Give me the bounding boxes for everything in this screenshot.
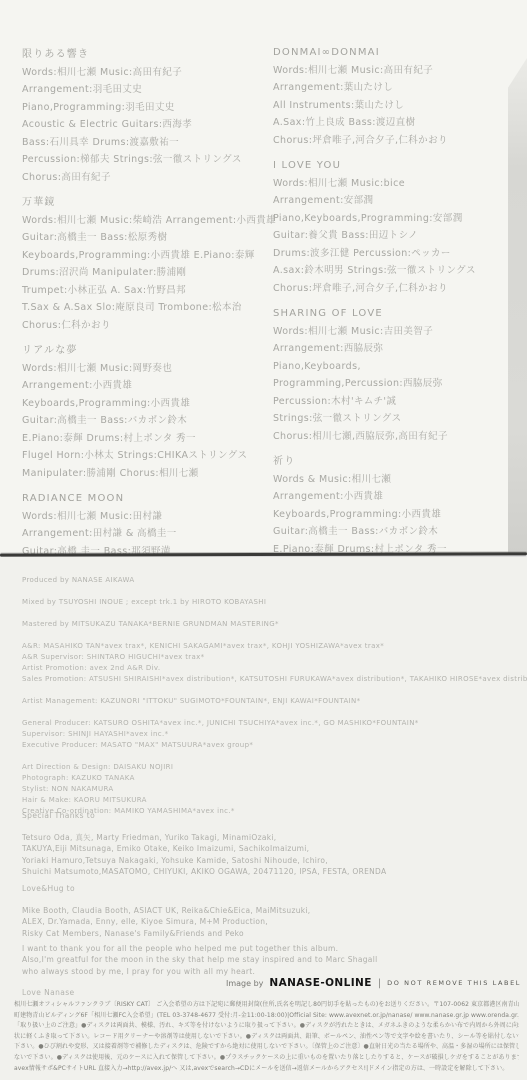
song-credit-line: Words:相川七瀬 Music:高田有紀子 — [273, 62, 523, 80]
artist-message-line: who always stood by me, I pray for you w… — [22, 966, 377, 977]
song-credit-line: Drums:沼沢尚 Manipulater:勝浦剛 — [22, 264, 264, 282]
song-credit-line: Chorus:坪倉唯子,河合夕子,仁科かおり — [273, 132, 523, 150]
song-credit-line: Arrangement:小西貴雄 — [273, 488, 523, 506]
production-credit-line: Mastered by MITSUKAZU TANAKA*BERNIE GRUN… — [22, 619, 527, 630]
song-block: SHARING OF LOVEWords:相川七瀬 Music:吉田美智子Arr… — [273, 305, 523, 445]
song-credit-line: Programming,Percussion:西脇辰弥 — [273, 375, 523, 393]
love-hug-lines: Mike Booth, Claudia Booth, ASIACT UK, Re… — [22, 905, 310, 939]
special-thanks-line: TAKUYA,Eiji Mitsunaga, Emiko Otake, Keik… — [22, 843, 386, 854]
song-title: RADIANCE MOON — [22, 490, 264, 508]
love-hug-line: ALEX, Dr.Yamada, Enny, elle, Kiyoe Simur… — [22, 916, 310, 927]
song-title: 限りある響き — [22, 46, 264, 64]
fine-print-legal-text: 相川七瀬オフィシャルファンクラブ〔RISKY CAT〕 ご入会希望の方は下記宛に… — [14, 1000, 519, 1074]
song-credit-line: All Instruments:葉山たけし — [273, 97, 523, 115]
song-credit-line: Keyboards,Programming:小西貴雄 E.Piano:泰輝 — [22, 247, 264, 265]
special-thanks-lines: Tetsuro Oda, 真矢, Marty Friedman, Yuriko … — [22, 832, 386, 877]
production-credit-line: Artist Promotion: avex 2nd A&R Div. — [22, 663, 527, 674]
watermark-brand-logo: NANASE-ONLINE — [269, 977, 371, 989]
artist-message-line: I want to thank you for all the people w… — [22, 943, 377, 954]
production-credit-line: Produced by NANASE AIKAWA — [22, 575, 527, 586]
credits-column-right: DONMAI∞DONMAIWords:相川七瀬 Music:高田有紀子Arran… — [273, 44, 523, 601]
special-thanks-line: Tetsuro Oda, 真矢, Marty Friedman, Yuriko … — [22, 832, 386, 843]
love-hug-line: Mike Booth, Claudia Booth, ASIACT UK, Re… — [22, 905, 310, 916]
production-credit-line: Executive Producer: MASATO "MAX" MATSUUR… — [22, 740, 527, 751]
production-credit-line: A&R Supervisor: SHINTARO HIGUCHI*avex tr… — [22, 652, 527, 663]
song-credit-line: Words:相川七瀬 Music:岡野奏也 — [22, 360, 264, 378]
artist-message-lines: I want to thank you for all the people w… — [22, 943, 377, 977]
song-credit-line: Strings:弦一徹ストリングス — [273, 410, 523, 428]
song-credits-panel: 限りある響きWords:相川七瀬 Music:高田有紀子Arrangement:… — [0, 0, 527, 553]
artist-message-section: I want to thank you for all the people w… — [22, 943, 377, 977]
song-credit-line: A.sax:鈴木明男 Strings:弦一徹ストリングス — [273, 262, 523, 280]
love-hug-section: Love&Hug to Mike Booth, Claudia Booth, A… — [22, 883, 310, 939]
song-credit-line: Manipulater:勝浦剛 Chorus:相川七瀬 — [22, 465, 264, 483]
song-credit-line: Acoustic & Electric Guitars:西海孝 — [22, 116, 264, 134]
song-credit-line: Percussion:木村'キムチ'誠 — [273, 393, 523, 411]
song-credit-line: Words:相川七瀬 Music:高田有紀子 — [22, 64, 264, 82]
fine-print-line: 下さい。●ひび割れや変形、又は接着剤等で補修したディスクは、危険ですから絶対に使… — [14, 1042, 519, 1053]
production-credit-line: Supervisor: SHINJI HAYASHI*avex inc.* — [22, 729, 527, 740]
song-credit-line: Guitar:高橋圭一 Bass:バカボン鈴木 — [273, 523, 523, 541]
production-group: Mastered by MITSUKAZU TANAKA*BERNIE GRUN… — [22, 619, 527, 630]
fine-print-line: ないで下さい。●ディスクは使用後、元のケースに入れて保管して下さい。●プラスチッ… — [14, 1053, 519, 1064]
song-credit-line: Chorus:仁科かおり — [22, 317, 264, 335]
production-credits: Produced by NANASE AIKAWAMixed by TSUYOS… — [22, 575, 527, 828]
fine-print-line: 町建物青山ビルディング6F「相川七瀬FC入会希望」(TEL 03-3748-46… — [14, 1011, 519, 1022]
production-credit-line: Art Direction & Design: DAISAKU NOJIRI — [22, 762, 527, 773]
song-title: 万華鏡 — [22, 194, 264, 212]
song-block: リアルな夢Words:相川七瀬 Music:岡野奏也Arrangement:小西… — [22, 342, 264, 482]
song-credit-line: Chorus:相川七瀬,西脇辰弥,高田有紀子 — [273, 428, 523, 446]
song-credit-line: Arrangement:西脇辰弥 — [273, 340, 523, 358]
song-credit-line: Words:相川七瀬 Music:bice — [273, 175, 523, 193]
production-credit-line: Mixed by TSUYOSHI INOUE ; except trk.1 b… — [22, 597, 527, 608]
special-thanks-heading: Special Thanks to — [22, 810, 386, 821]
song-credit-line: Words:相川七瀬 Music:田村謙 — [22, 508, 264, 526]
song-credit-line: Piano,Keyboards,Programming:安部潤 — [273, 210, 523, 228]
production-group: General Producer: KATSURO OSHITA*avex in… — [22, 718, 527, 751]
credits-column-left: 限りある響きWords:相川七瀬 Music:高田有紀子Arrangement:… — [22, 46, 264, 603]
special-thanks-line: Yoriaki Hamuro,Tetsuya Nakagaki, Yohsuke… — [22, 855, 386, 866]
song-credit-line: T.Sax & A.Sax Slo:庵原良司 Trombone:松本治 — [22, 299, 264, 317]
production-credit-line: Photograph: KAZUKO TANAKA — [22, 773, 527, 784]
song-title: リアルな夢 — [22, 342, 264, 360]
song-credit-line: Keyboards,Programming:小西貴雄 — [22, 395, 264, 413]
production-group: Mixed by TSUYOSHI INOUE ; except trk.1 b… — [22, 597, 527, 608]
scan-edge-shadow — [508, 58, 527, 553]
song-credit-line: Guitar:養父貴 Bass:田辺トシノ — [273, 227, 523, 245]
song-title: DONMAI∞DONMAI — [273, 44, 523, 62]
love-hug-heading: Love&Hug to — [22, 883, 310, 894]
watermark-label: Image by NANASE-ONLINE | DO NOT REMOVE T… — [226, 977, 521, 989]
song-block: 限りある響きWords:相川七瀬 Music:高田有紀子Arrangement:… — [22, 46, 264, 186]
song-credit-line: Words & Music:相川七瀬 — [273, 471, 523, 489]
song-title: I LOVE YOU — [273, 157, 523, 175]
love-hug-line: Risky Cat Members, Nanase's Family&Frien… — [22, 928, 310, 939]
song-credit-line: Percussion:梯郁夫 Strings:弦一徹ストリングス — [22, 151, 264, 169]
song-block: I LOVE YOUWords:相川七瀬 Music:biceArrangeme… — [273, 157, 523, 297]
fine-print-line: 状に軽くふき取って下さい。レコード用クリーナーや溶剤等は使用しないで下さい。●デ… — [14, 1032, 519, 1043]
artist-message-line: Also,I'm greatful for the moon in the sk… — [22, 954, 377, 965]
song-block: DONMAI∞DONMAIWords:相川七瀬 Music:高田有紀子Arran… — [273, 44, 523, 149]
production-credit-line: A&R: MASAHIKO TAN*avex trax*, KENICHI SA… — [22, 641, 527, 652]
production-credit-line: Sales Promotion: ATSUSHI SHIRAISHI*avex … — [22, 674, 527, 685]
watermark-prefix: Image by — [226, 979, 263, 988]
production-group: Produced by NANASE AIKAWA — [22, 575, 527, 586]
song-credit-line: Words:相川七瀬 Music:柴崎浩 Arrangement:小西貴雄 — [22, 212, 264, 230]
production-group: A&R: MASAHIKO TAN*avex trax*, KENICHI SA… — [22, 641, 527, 685]
song-credit-line: Arrangement:小西貴雄 — [22, 377, 264, 395]
song-credit-line: Drums:波多江健 Percussion:ペッカー — [273, 245, 523, 263]
song-credit-line: Guitar:高橋圭一 Bass:松原秀樹 — [22, 229, 264, 247]
song-credit-line: Guitar:高橋圭一 Bass:バカボン鈴木 — [22, 412, 264, 430]
song-credit-line: Arrangement:安部潤 — [273, 192, 523, 210]
song-credit-line: Keyboards,Programming:小西貴雄 — [273, 506, 523, 524]
fine-print-line: 相川七瀬オフィシャルファンクラブ〔RISKY CAT〕 ご入会希望の方は下記宛に… — [14, 1000, 519, 1011]
production-group: Artist Management: KAZUNORI "ITTOKU" SUG… — [22, 696, 527, 707]
production-credit-line: General Producer: KATSURO OSHITA*avex in… — [22, 718, 527, 729]
production-group: Art Direction & Design: DAISAKU NOJIRIPh… — [22, 762, 527, 817]
production-credits-panel: Produced by NANASE AIKAWAMixed by TSUYOS… — [0, 557, 527, 1080]
song-credit-line: Flugel Horn:小林太 Strings:CHIKAストリングス — [22, 447, 264, 465]
song-credit-line: Arrangement:田村謙 & 高橋圭一 — [22, 525, 264, 543]
song-credit-line: A.Sax:竹上良成 Bass:渡辺直樹 — [273, 114, 523, 132]
special-thanks-section: Special Thanks to Tetsuro Oda, 真矢, Marty… — [22, 810, 386, 877]
song-credit-line: Words:相川七瀬 Music:吉田美智子 — [273, 323, 523, 341]
fine-print-line: 「取り扱い上のご注意」●ディスクは両面共、模様、汚れ、キズ等を付けないように取り… — [14, 1021, 519, 1032]
fine-print-line: avex情報サポ&PCサイトURL 直接入力→http://avex.jp/へ … — [14, 1064, 519, 1075]
song-block: 万華鏡Words:相川七瀬 Music:柴崎浩 Arrangement:小西貴雄… — [22, 194, 264, 334]
song-credit-line: Trumpet:小林正弘 A. Sax:竹野昌邦 — [22, 282, 264, 300]
song-credit-line: Chorus:高田有紀子 — [22, 169, 264, 187]
production-credit-line: Stylist: NON NAKAMURA — [22, 784, 527, 795]
song-credit-line: Piano,Programming:羽毛田丈史 — [22, 99, 264, 117]
song-title: SHARING OF LOVE — [273, 305, 523, 323]
production-credit-line: Hair & Make: KAORU MITSUKURA — [22, 795, 527, 806]
song-title: 祈り — [273, 453, 523, 471]
song-credit-line: Piano,Keyboards, — [273, 358, 523, 376]
watermark-separator: | — [378, 978, 381, 989]
signature-love-nanase: Love Nanase — [22, 988, 75, 997]
watermark-notice: DO NOT REMOVE THIS LABEL — [387, 979, 521, 987]
song-credit-line: Arrangement:羽毛田丈史 — [22, 81, 264, 99]
special-thanks-line: Shuichi Matsumoto,MASATOMO, CHIYUKI, AKI… — [22, 866, 386, 877]
song-credit-line: Bass:石川具幸 Drums:渡嘉敷祐一 — [22, 134, 264, 152]
song-credit-line: Arrangement:葉山たけし — [273, 79, 523, 97]
song-credit-line: Chorus:坪倉唯子,河合夕子,仁科かおり — [273, 280, 523, 298]
production-credit-line: Artist Management: KAZUNORI "ITTOKU" SUG… — [22, 696, 527, 707]
song-credit-line: E.Piano:泰輝 Drums:村上ポンタ 秀一 — [22, 430, 264, 448]
